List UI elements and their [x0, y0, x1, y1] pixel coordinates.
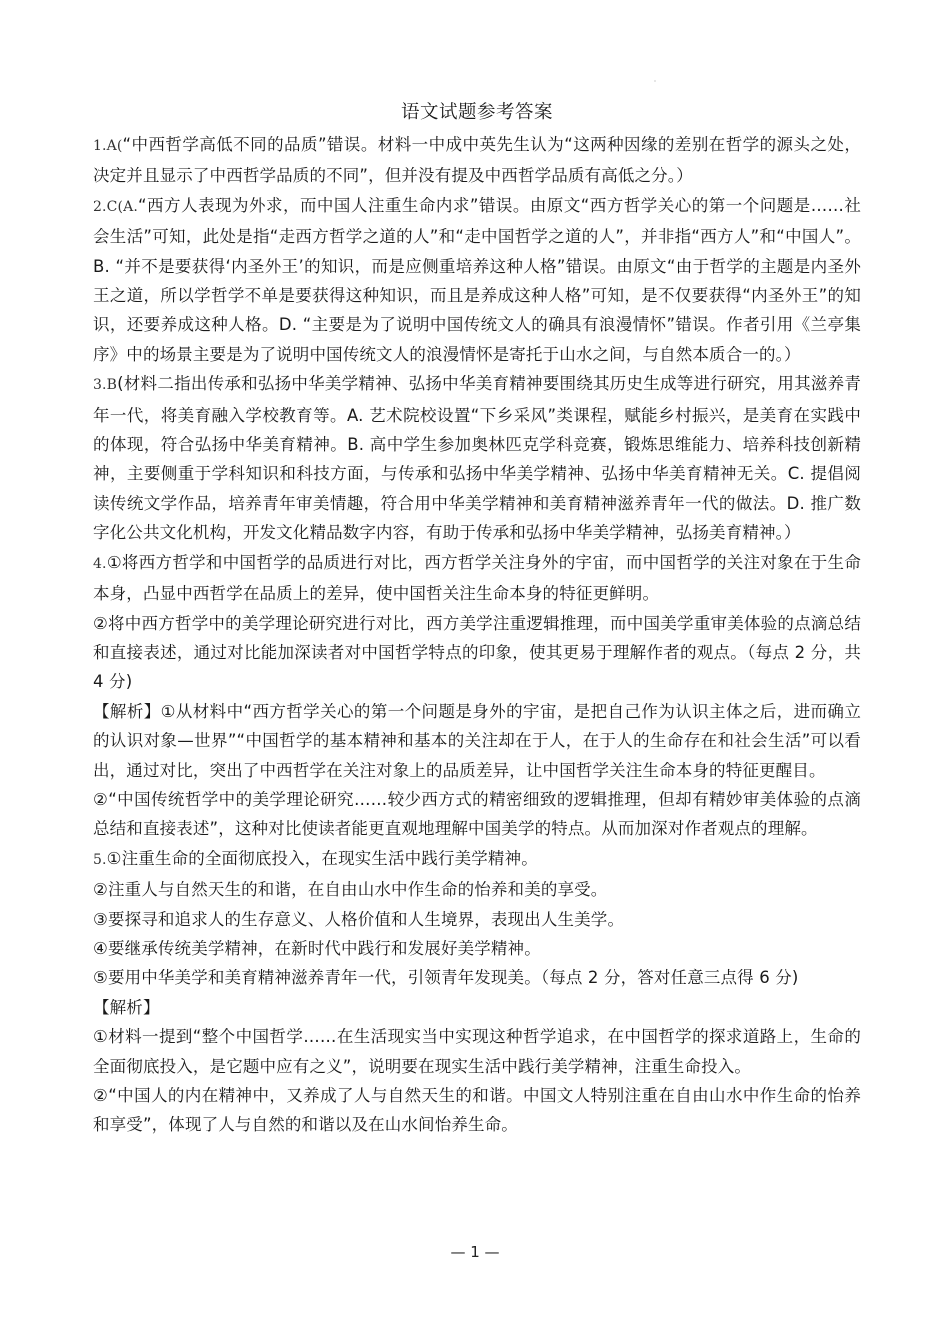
answer-number: 3.B [93, 377, 117, 393]
answer-4-point-1: 4.①将西方哲学和中国哲学的品质进行对比，西方哲学关注身外的宇宙，而中国哲学的关… [93, 548, 861, 609]
answer-5-analysis-heading: 【解析】 [93, 993, 861, 1022]
answer-key-page: 语文试题参考答案 1.A(“中西哲学高低不同的品质”错误。材料一中成中英先生认为… [93, 100, 861, 1140]
answer-5-point-1: 5.①注重生命的全面彻底投入，在现实生活中践行美学精神。 [93, 844, 861, 875]
analysis-text: ②“中国人的内在精神中，又养成了人与自然天生的和谐。中国文人特别注重在自由山水中… [93, 1086, 861, 1134]
page-number: — 1 — [0, 1242, 950, 1262]
answer-number: 2.C(A. [93, 199, 138, 215]
answer-5-point-4: ④要继承传统美学精神，在新时代中践行和发展好美学精神。 [93, 934, 861, 963]
answer-text: ④要继承传统美学精神，在新时代中践行和发展好美学精神。 [93, 939, 541, 958]
answer-5-analysis-1: ①材料一提到“整个中国哲学……在生活现实当中实现这种哲学追求，在中国哲学的探求道… [93, 1022, 861, 1081]
answer-number: 4. [93, 556, 107, 572]
answer-number: 1.A( [93, 138, 123, 154]
answer-5-point-5: ⑤要用中华美学和美育精神滋养青年一代，引领青年发现美。（每点 2 分，答对任意三… [93, 963, 861, 992]
answer-4-analysis-2: ②“中国传统哲学中的美学理论研究……较少西方式的精密细致的逻辑推理，但却有精妙审… [93, 785, 861, 844]
answer-5-point-3: ③要探寻和追求人的生存意义、人格价值和人生境界，表现出人生美学。 [93, 905, 861, 934]
answer-text: ①将西方哲学和中国哲学的品质进行对比，西方哲学关注身外的宇宙，而中国哲学的关注对… [93, 553, 861, 603]
answer-text: ②将中西方哲学中的美学理论研究进行对比，西方美学注重逻辑推理，而中国美学重审美体… [93, 614, 861, 692]
analysis-text: ②“中国传统哲学中的美学理论研究……较少西方式的精密细致的逻辑推理，但却有精妙审… [93, 790, 861, 838]
answer-4-analysis-1: 【解析】①从材料中“西方哲学关心的第一个问题是身外的宇宙，是把自己作为认识主体之… [93, 697, 861, 785]
answer-text: ③要探寻和追求人的生存意义、人格价值和人生境界，表现出人生美学。 [93, 910, 624, 929]
answer-text: “中西哲学高低不同的品质”错误。材料一中成中英先生认为“这两种因缘的差别在哲学的… [93, 135, 861, 185]
answer-3: 3.B(材料二指出传承和弘扬中华美学精神、弘扬中华美育精神要围绕其历史生成等进行… [93, 369, 861, 547]
answer-2: 2.C(A.“西方人表现为外求，而中国人注重生命内求”错误。由原文“西方哲学关心… [93, 191, 861, 369]
answer-text: ②注重人与自然天生的和谐，在自由山水中作生命的怡养和美的享受。 [93, 880, 607, 899]
document-title: 语文试题参考答案 [93, 100, 861, 128]
answer-text: (材料二指出传承和弘扬中华美学精神、弘扬中华美育精神要围绕其历史生成等进行研究，… [93, 374, 861, 542]
answer-text: ①注重生命的全面彻底投入，在现实生活中践行美学精神。 [107, 849, 538, 868]
answer-number: 5. [93, 852, 107, 868]
answer-1: 1.A(“中西哲学高低不同的品质”错误。材料一中成中英先生认为“这两种因缘的差别… [93, 130, 861, 191]
analysis-text: 【解析】①从材料中“西方哲学关心的第一个问题是身外的宇宙，是把自己作为认识主体之… [93, 702, 861, 780]
answer-5-point-2: ②注重人与自然天生的和谐，在自由山水中作生命的怡养和美的享受。 [93, 875, 861, 904]
scan-artifact-dot [654, 80, 656, 82]
answer-5-analysis-2: ②“中国人的内在精神中，又养成了人与自然天生的和谐。中国文人特别注重在自由山水中… [93, 1081, 861, 1140]
answer-4-point-2: ②将中西方哲学中的美学理论研究进行对比，西方美学注重逻辑推理，而中国美学重审美体… [93, 609, 861, 697]
answer-text: “西方人表现为外求，而中国人注重生命内求”错误。由原文“西方哲学关心的第一个问题… [93, 196, 861, 364]
analysis-heading: 【解析】 [93, 998, 160, 1017]
analysis-text: ①材料一提到“整个中国哲学……在生活现实当中实现这种哲学追求，在中国哲学的探求道… [93, 1027, 861, 1075]
answer-text: ⑤要用中华美学和美育精神滋养青年一代，引领青年发现美。（每点 2 分，答对任意三… [93, 968, 799, 987]
